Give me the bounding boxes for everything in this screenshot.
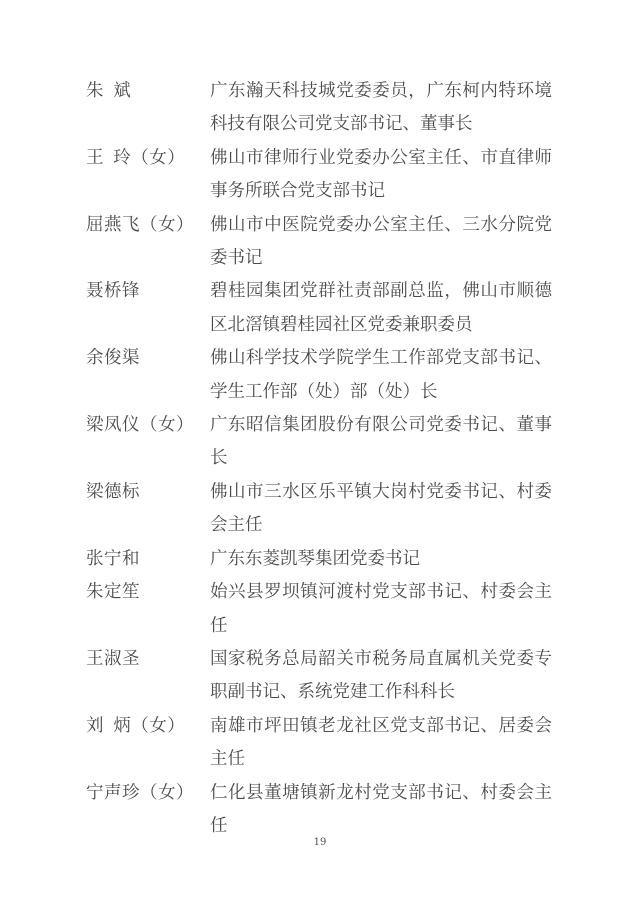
person-title: 碧桂园集团党群社责部副总监，佛山市顺德区北滘镇碧桂园社区党委兼职委员: [210, 275, 552, 342]
table-row: 梁德标 佛山市三水区乐平镇大岗村党委书记、村委会主任: [86, 476, 556, 543]
table-row: 屈燕飞（女） 佛山市中医院党委办公室主任、三水分院党委书记: [86, 209, 556, 276]
person-name: 聂桥锋: [86, 275, 210, 308]
person-name: 朱 斌: [86, 75, 210, 108]
table-row: 朱定笙 始兴县罗坝镇河渡村党支部书记、村委会主任: [86, 576, 556, 643]
person-name: 余俊渠: [86, 342, 210, 375]
table-row: 朱 斌 广东瀚天科技城党委委员，广东柯内特环境科技有限公司党支部书记、董事长: [86, 75, 556, 142]
person-name: 朱定笙: [86, 576, 210, 609]
table-row: 王淑圣 国家税务总局韶关市税务局直属机关党委专职副书记、系统党建工作科科长: [86, 643, 556, 710]
table-row: 张宁和 广东东菱凯琴集团党委书记: [86, 543, 556, 576]
person-name: 王淑圣: [86, 643, 210, 676]
person-title: 南雄市坪田镇老龙社区党支部书记、居委会主任: [210, 710, 552, 777]
table-row: 余俊渠 佛山科学技术学院学生工作部党支部书记、学生工作部（处）部（处）长: [86, 342, 556, 409]
person-name: 刘 炳（女）: [86, 710, 210, 743]
person-title: 始兴县罗坝镇河渡村党支部书记、村委会主任: [210, 576, 552, 643]
document-page: 朱 斌 广东瀚天科技城党委委员，广东柯内特环境科技有限公司党支部书记、董事长 王…: [0, 0, 640, 905]
person-title: 国家税务总局韶关市税务局直属机关党委专职副书记、系统党建工作科科长: [210, 643, 552, 710]
table-row: 刘 炳（女） 南雄市坪田镇老龙社区党支部书记、居委会主任: [86, 710, 556, 777]
table-row: 宁声珍（女） 仁化县董塘镇新龙村党支部书记、村委会主任: [86, 777, 556, 844]
person-name: 梁德标: [86, 476, 210, 509]
page-number: 19: [0, 837, 640, 849]
person-title: 广东瀚天科技城党委委员，广东柯内特环境科技有限公司党支部书记、董事长: [210, 75, 552, 142]
person-name: 王 玲（女）: [86, 142, 210, 175]
person-title: 佛山市中医院党委办公室主任、三水分院党委书记: [210, 209, 552, 276]
person-title: 广东东菱凯琴集团党委书记: [210, 543, 552, 576]
person-title: 广东昭信集团股份有限公司党委书记、董事长: [210, 409, 552, 476]
person-name: 梁凤仪（女）: [86, 409, 210, 442]
person-name: 宁声珍（女）: [86, 777, 210, 810]
person-title: 佛山市三水区乐平镇大岗村党委书记、村委会主任: [210, 476, 552, 543]
roster-list: 朱 斌 广东瀚天科技城党委委员，广东柯内特环境科技有限公司党支部书记、董事长 王…: [86, 75, 556, 843]
person-name: 屈燕飞（女）: [86, 209, 210, 242]
person-name: 张宁和: [86, 543, 210, 576]
person-title: 佛山科学技术学院学生工作部党支部书记、学生工作部（处）部（处）长: [210, 342, 552, 409]
person-title: 仁化县董塘镇新龙村党支部书记、村委会主任: [210, 777, 552, 844]
person-title: 佛山市律师行业党委办公室主任、市直律师事务所联合党支部书记: [210, 142, 552, 209]
table-row: 聂桥锋 碧桂园集团党群社责部副总监，佛山市顺德区北滘镇碧桂园社区党委兼职委员: [86, 275, 556, 342]
table-row: 王 玲（女） 佛山市律师行业党委办公室主任、市直律师事务所联合党支部书记: [86, 142, 556, 209]
table-row: 梁凤仪（女） 广东昭信集团股份有限公司党委书记、董事长: [86, 409, 556, 476]
